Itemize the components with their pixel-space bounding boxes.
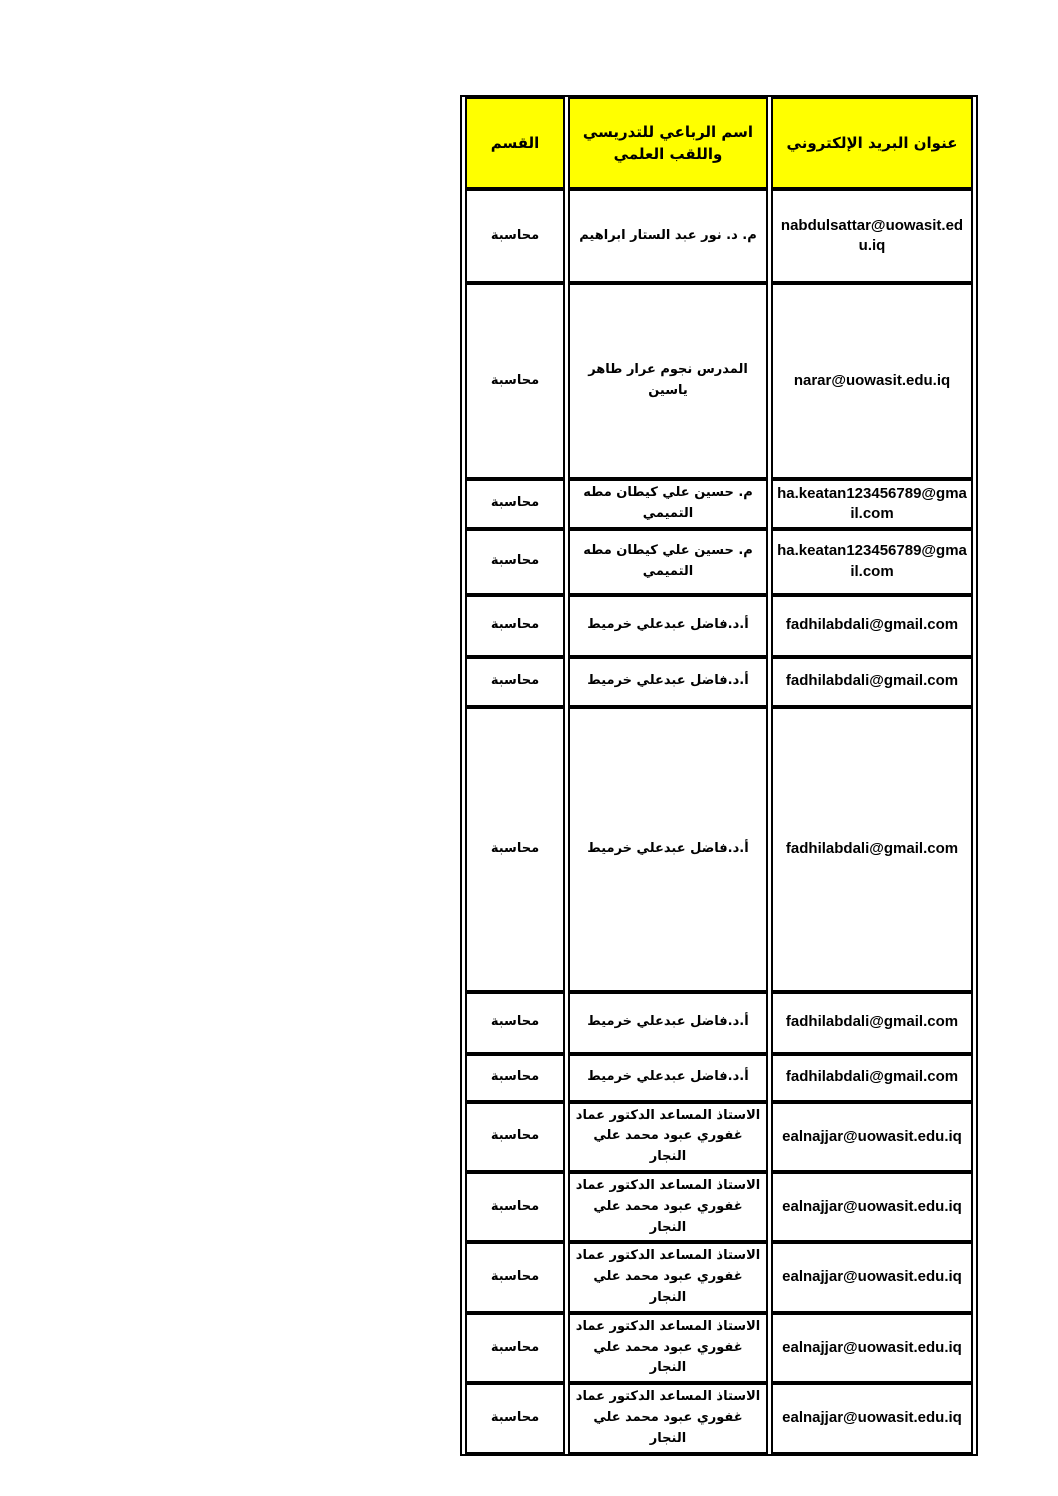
staff-email-table: القسم اسم الرباعي للتدريسي واللقب العلمي… (460, 95, 978, 1456)
table-row: محاسبة الاستاذ المساعد الدكتور عماد غفور… (465, 1102, 973, 1172)
email-cell: ealnajjar@uowasit.edu.iq (771, 1383, 973, 1453)
email-cell: ealnajjar@uowasit.edu.iq (771, 1242, 973, 1312)
table-row: محاسبة الاستاذ المساعد الدكتور عماد غفور… (465, 1172, 973, 1242)
dept-cell: محاسبة (465, 529, 565, 595)
email-cell: ha.keatan123456789@gmail.com (771, 529, 973, 595)
name-cell: الاستاذ المساعد الدكتور عماد غفوري عبود … (568, 1102, 768, 1172)
email-cell: fadhilabdali@gmail.com (771, 657, 973, 707)
name-cell: أ.د.فاضل عبدعلي خرميط (568, 657, 768, 707)
dept-cell: محاسبة (465, 1242, 565, 1312)
email-cell: ha.keatan123456789@gmail.com (771, 479, 973, 529)
table-row: محاسبة م. حسين علي كيطان مطه التميمي ha.… (465, 529, 973, 595)
table-row: محاسبة الاستاذ المساعد الدكتور عماد غفور… (465, 1313, 973, 1383)
header-dept: القسم (465, 97, 565, 189)
name-cell: أ.د.فاضل عبدعلي خرميط (568, 595, 768, 657)
name-cell: الاستاذ المساعد الدكتور عماد غفوري عبود … (568, 1383, 768, 1453)
email-cell: narar@uowasit.edu.iq (771, 283, 973, 479)
dept-cell: محاسبة (465, 1054, 565, 1102)
table-row: محاسبة م. حسين علي كيطان مطه التميمي ha.… (465, 479, 973, 529)
dept-cell: محاسبة (465, 595, 565, 657)
table-row: محاسبة أ.د.فاضل عبدعلي خرميط fadhilabdal… (465, 992, 973, 1054)
table-row: محاسبة الاستاذ المساعد الدكتور عماد غفور… (465, 1242, 973, 1312)
email-cell: fadhilabdali@gmail.com (771, 595, 973, 657)
dept-cell: محاسبة (465, 1383, 565, 1453)
dept-cell: محاسبة (465, 1102, 565, 1172)
dept-cell: محاسبة (465, 992, 565, 1054)
email-cell: ealnajjar@uowasit.edu.iq (771, 1102, 973, 1172)
dept-cell: محاسبة (465, 1172, 565, 1242)
name-cell: الاستاذ المساعد الدكتور عماد غفوري عبود … (568, 1172, 768, 1242)
email-cell: nabdulsattar@uowasit.edu.iq (771, 189, 973, 283)
email-cell: fadhilabdali@gmail.com (771, 992, 973, 1054)
dept-cell: محاسبة (465, 707, 565, 992)
table-row: محاسبة أ.د.فاضل عبدعلي خرميط fadhilabdal… (465, 595, 973, 657)
name-cell: م. د. نور عبد الستار ابراهيم (568, 189, 768, 283)
name-cell: أ.د.فاضل عبدعلي خرميط (568, 1054, 768, 1102)
email-cell: fadhilabdali@gmail.com (771, 1054, 973, 1102)
dept-cell: محاسبة (465, 283, 565, 479)
table-row: محاسبة أ.د.فاضل عبدعلي خرميط fadhilabdal… (465, 657, 973, 707)
name-cell: م. حسين علي كيطان مطه التميمي (568, 479, 768, 529)
header-name: اسم الرباعي للتدريسي واللقب العلمي (568, 97, 768, 189)
email-cell: fadhilabdali@gmail.com (771, 707, 973, 992)
name-cell: الاستاذ المساعد الدكتور عماد غفوري عبود … (568, 1313, 768, 1383)
dept-cell: محاسبة (465, 1313, 565, 1383)
table-row: محاسبة الاستاذ المساعد الدكتور عماد غفور… (465, 1383, 973, 1453)
header-row: القسم اسم الرباعي للتدريسي واللقب العلمي… (465, 97, 973, 189)
name-cell: أ.د.فاضل عبدعلي خرميط (568, 992, 768, 1054)
name-cell: المدرس نجوم عرار طاهر ياسين (568, 283, 768, 479)
dept-cell: محاسبة (465, 189, 565, 283)
table-row: محاسبة م. د. نور عبد الستار ابراهيم nabd… (465, 189, 973, 283)
email-cell: ealnajjar@uowasit.edu.iq (771, 1172, 973, 1242)
name-cell: م. حسين علي كيطان مطه التميمي (568, 529, 768, 595)
header-email: عنوان البريد الإلكتروني (771, 97, 973, 189)
table-row: محاسبة أ.د.فاضل عبدعلي خرميط fadhilabdal… (465, 1054, 973, 1102)
table-row: محاسبة أ.د.فاضل عبدعلي خرميط fadhilabdal… (465, 707, 973, 992)
email-cell: ealnajjar@uowasit.edu.iq (771, 1313, 973, 1383)
table-row: محاسبة المدرس نجوم عرار طاهر ياسين narar… (465, 283, 973, 479)
name-cell: الاستاذ المساعد الدكتور عماد غفوري عبود … (568, 1242, 768, 1312)
name-cell: أ.د.فاضل عبدعلي خرميط (568, 707, 768, 992)
dept-cell: محاسبة (465, 479, 565, 529)
dept-cell: محاسبة (465, 657, 565, 707)
